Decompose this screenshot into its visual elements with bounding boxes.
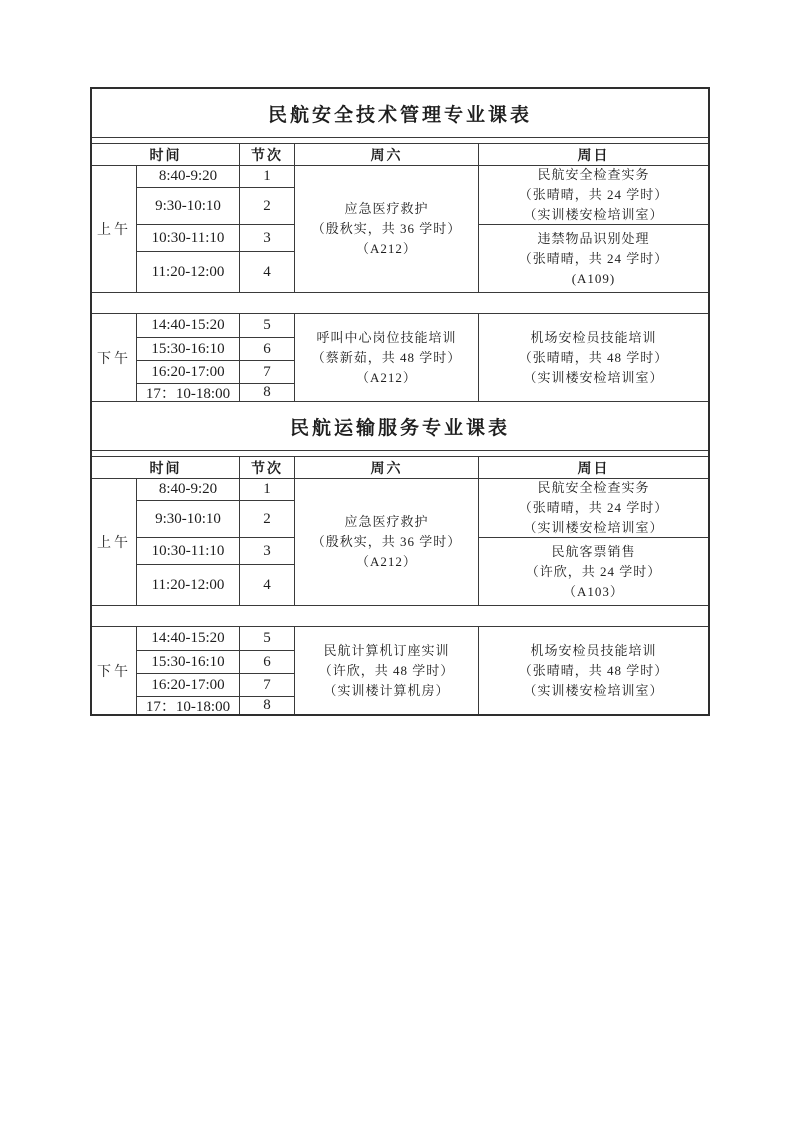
course-teacher-hours: （蔡新茹，共 48 学时） <box>312 348 462 368</box>
table1-morning-period-4: 4 <box>240 252 295 292</box>
table2-header-row: 时间 节次 周六 周日 <box>92 457 708 479</box>
table2-morning-time-1: 8:40-9:20 <box>137 479 240 501</box>
table1-header-row: 时间 节次 周六 周日 <box>92 144 708 166</box>
schedule-sheet: 民航安全技术管理专业课表 时间 节次 周六 周日 上午 8:40-9:20 1 … <box>90 87 710 716</box>
table2-afternoon-time-8: 17：10-18:00 <box>137 697 240 714</box>
course-room: （实训楼安检培训室） <box>523 368 663 388</box>
table2-afternoon-time-7: 16:20-17:00 <box>137 674 240 697</box>
table1-session-gap <box>92 293 708 314</box>
course-name: 应急医疗救护 <box>344 512 428 532</box>
table2-title: 民航运输服务专业课表 <box>92 402 708 451</box>
course-teacher-hours: （许欣，共 24 学时） <box>526 562 662 582</box>
table1-morning-period-1: 1 <box>240 166 295 188</box>
table1-header-time: 时间 <box>92 144 240 165</box>
table1-afternoon-time-8: 17：10-18:00 <box>137 384 240 401</box>
course-room: (A109) <box>572 269 616 289</box>
table1-afternoon-period-5: 5 <box>240 314 295 338</box>
table2-afternoon-label: 下午 <box>92 627 137 714</box>
table1-morning-section: 上午 8:40-9:20 1 9:30-10:10 2 10:30-11:10 … <box>92 166 708 293</box>
course-teacher-hours: （张晴晴，共 24 学时） <box>519 185 669 205</box>
table1-morning-saturday-course: 应急医疗救护 （殷秋实，共 36 学时） （A212） <box>295 166 479 292</box>
table2-afternoon-time-5: 14:40-15:20 <box>137 627 240 651</box>
table1-morning-time-2: 9:30-10:10 <box>137 188 240 225</box>
table2-morning-saturday-course: 应急医疗救护 （殷秋实，共 36 学时） （A212） <box>295 479 479 605</box>
table1-title: 民航安全技术管理专业课表 <box>92 89 708 138</box>
table1-morning-label: 上午 <box>92 166 137 292</box>
table2-session-gap <box>92 606 708 627</box>
table2-morning-time-3: 10:30-11:10 <box>137 538 240 565</box>
table1-afternoon-time-7: 16:20-17:00 <box>137 361 240 384</box>
course-name: 呼叫中心岗位技能培训 <box>316 328 456 348</box>
table2-morning-label: 上午 <box>92 479 137 605</box>
page: { "tables": [ { "title": "民航安全技术管理专业课表",… <box>0 0 793 1122</box>
course-room: （实训楼安检培训室） <box>523 518 663 538</box>
course-room: （A103） <box>563 582 624 602</box>
course-room: （A212） <box>356 368 417 388</box>
table1-afternoon-label: 下午 <box>92 314 137 401</box>
table2-header-time: 时间 <box>92 457 240 478</box>
course-teacher-hours: （张晴晴，共 24 学时） <box>519 498 669 518</box>
table2-morning-time-2: 9:30-10:10 <box>137 501 240 538</box>
course-name: 违禁物品识别处理 <box>537 229 649 249</box>
course-room: （实训楼计算机房） <box>323 681 449 701</box>
table1-afternoon-period-6: 6 <box>240 338 295 361</box>
table1-header-period: 节次 <box>240 144 295 165</box>
table2-morning-sunday-course-1: 民航安全检查实务 （张晴晴，共 24 学时） （实训楼安检培训室） <box>479 479 708 538</box>
table2-afternoon-period-7: 7 <box>240 674 295 697</box>
table2-afternoon-period-8: 8 <box>240 697 295 714</box>
table2-morning-period-3: 3 <box>240 538 295 565</box>
table2-afternoon-period-6: 6 <box>240 651 295 674</box>
course-teacher-hours: （殷秋实，共 36 学时） <box>312 532 462 552</box>
table2-header-saturday: 周六 <box>295 457 479 478</box>
course-name: 民航安全检查实务 <box>537 479 649 498</box>
table1-afternoon-saturday-course: 呼叫中心岗位技能培训 （蔡新茹，共 48 学时） （A212） <box>295 314 479 401</box>
table1-morning-period-2: 2 <box>240 188 295 225</box>
table2-morning-period-4: 4 <box>240 565 295 605</box>
table1-morning-time-3: 10:30-11:10 <box>137 225 240 252</box>
table1-afternoon-period-7: 7 <box>240 361 295 384</box>
course-name: 机场安检员技能培训 <box>530 328 656 348</box>
course-teacher-hours: （许欣，共 48 学时） <box>319 661 455 681</box>
course-teacher-hours: （殷秋实，共 36 学时） <box>312 219 462 239</box>
table1-morning-period-3: 3 <box>240 225 295 252</box>
table1-afternoon-time-6: 15:30-16:10 <box>137 338 240 361</box>
course-name: 应急医疗救护 <box>344 199 428 219</box>
table1-morning-time-4: 11:20-12:00 <box>137 252 240 292</box>
table2-afternoon-period-5: 5 <box>240 627 295 651</box>
table2-afternoon-saturday-course: 民航计算机订座实训 （许欣，共 48 学时） （实训楼计算机房） <box>295 627 479 714</box>
course-name: 民航计算机订座实训 <box>323 641 449 661</box>
table1-header-saturday: 周六 <box>295 144 479 165</box>
course-teacher-hours: （张晴晴，共 48 学时） <box>519 348 669 368</box>
course-name: 机场安检员技能培训 <box>530 641 656 661</box>
table1-morning-sunday-course-1: 民航安全检查实务 （张晴晴，共 24 学时） （实训楼安检培训室） <box>479 166 708 225</box>
table1-afternoon-period-8: 8 <box>240 384 295 401</box>
course-name: 民航客票销售 <box>551 542 635 562</box>
table1-afternoon-sunday-course: 机场安检员技能培训 （张晴晴，共 48 学时） （实训楼安检培训室） <box>479 314 708 401</box>
course-name: 民航安全检查实务 <box>537 166 649 185</box>
course-room: （实训楼安检培训室） <box>523 681 663 701</box>
table2-afternoon-section: 下午 14:40-15:20 5 15:30-16:10 6 16:20-17:… <box>92 627 708 714</box>
table2-morning-sunday-course-2: 民航客票销售 （许欣，共 24 学时） （A103） <box>479 538 708 605</box>
table1-afternoon-time-5: 14:40-15:20 <box>137 314 240 338</box>
table2-afternoon-sunday-course: 机场安检员技能培训 （张晴晴，共 48 学时） （实训楼安检培训室） <box>479 627 708 714</box>
table2-header-sunday: 周日 <box>479 457 708 478</box>
table1-morning-time-1: 8:40-9:20 <box>137 166 240 188</box>
table2-morning-section: 上午 8:40-9:20 1 9:30-10:10 2 10:30-11:10 … <box>92 479 708 606</box>
course-teacher-hours: （张晴晴，共 48 学时） <box>519 661 669 681</box>
course-teacher-hours: （张晴晴，共 24 学时） <box>519 249 669 269</box>
course-room: （A212） <box>356 239 417 259</box>
table1-morning-sunday-course-2: 违禁物品识别处理 （张晴晴，共 24 学时） (A109) <box>479 225 708 292</box>
table2-header-period: 节次 <box>240 457 295 478</box>
course-room: （A212） <box>356 552 417 572</box>
course-room: （实训楼安检培训室） <box>523 205 663 225</box>
table1-header-sunday: 周日 <box>479 144 708 165</box>
table2-morning-period-2: 2 <box>240 501 295 538</box>
table2-morning-time-4: 11:20-12:00 <box>137 565 240 605</box>
table1-afternoon-section: 下午 14:40-15:20 5 15:30-16:10 6 16:20-17:… <box>92 314 708 402</box>
table2-morning-period-1: 1 <box>240 479 295 501</box>
table2-afternoon-time-6: 15:30-16:10 <box>137 651 240 674</box>
